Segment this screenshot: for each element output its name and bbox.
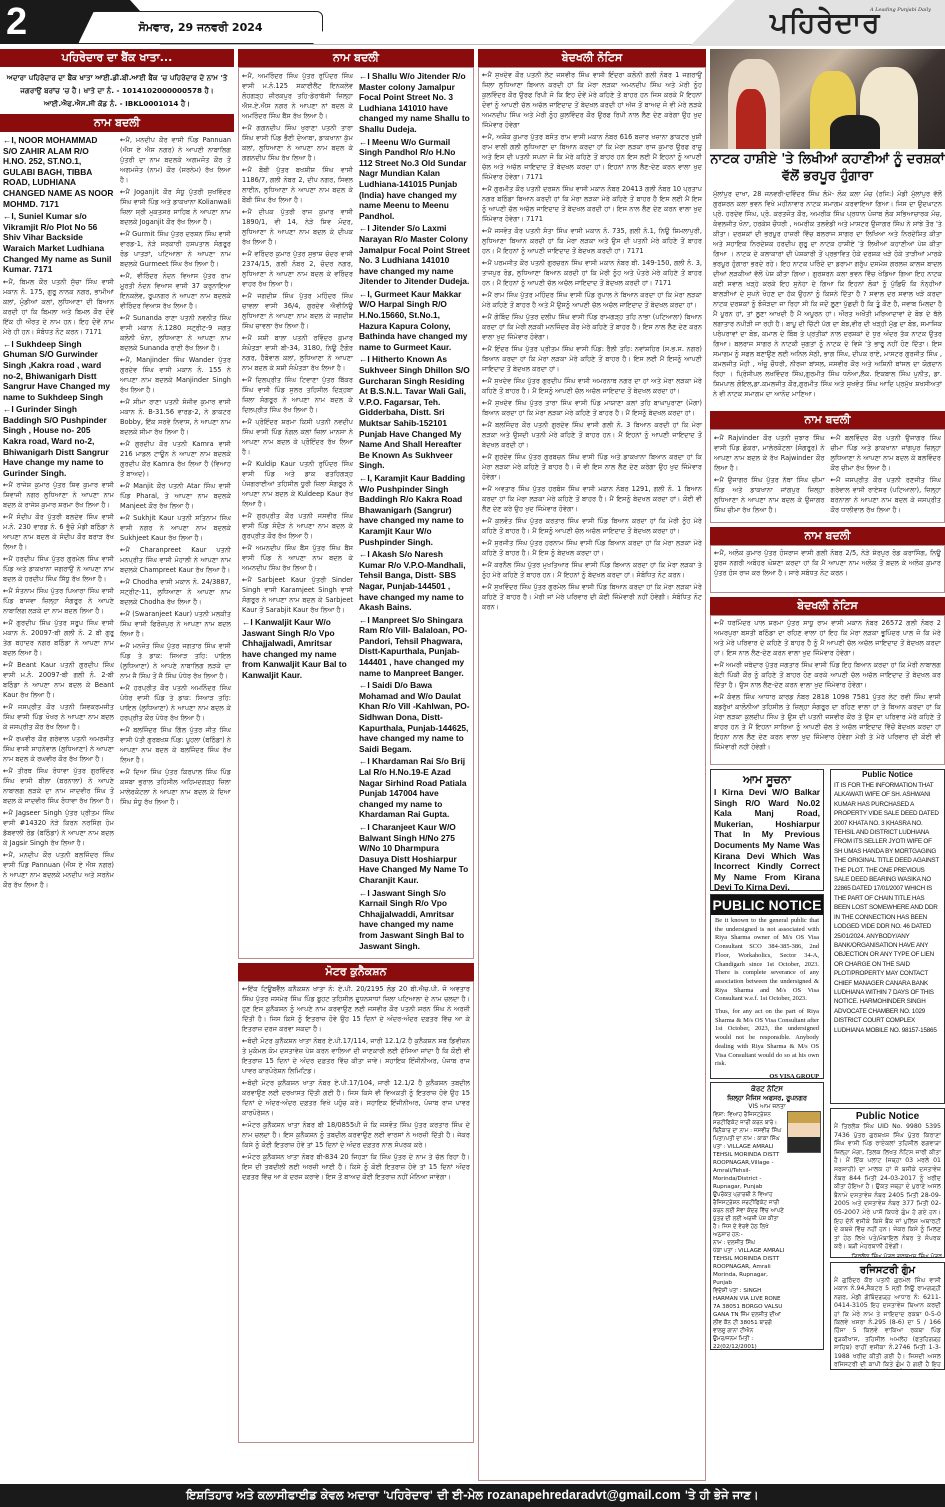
section-header-name-change: ਨਾਮ ਬਦਲੀ [0, 114, 234, 132]
eviction-notice-list-2: ਮੈਂ ਧਰਮਿੰਦਰ ਪਾਲ ਸ਼ਰਮਾ ਪੁੱਤਰ ਸਾਧੂ ਰਾਮ ਵਾਸ… [711, 616, 944, 756]
footer-text-end: 'ਤੇ ਹੀ ਭੇਜੇ ਜਾਣ। [685, 1488, 759, 1502]
name-change-notice: ਮੈਂ ਦਿਆ ਸਿੰਘ ਪੁੱਤਰ ਕਿਰਪਾਲ ਸਿੰਘ ਪਿੰਡ ਕਸਬਾ… [120, 767, 231, 807]
court-notice-field: ਪੱਕਾ ਪਤਾ : VILLAGE AMRALI TEHSIL MORINDA… [713, 1247, 785, 1287]
name-change-list: I, NOOR MOHAMMAD S/O ZAHIR ALAM R/O H.NO… [0, 132, 234, 1462]
name-change-notice: ਮੈਂ ਪ੍ਰੋਇੰਦਰ ਸ਼ਰਮਾ ਕਿਸੀ ਪਤਨੀ ਨਵਦੀਪ ਸਿੰਘ … [242, 417, 353, 457]
name-change-notice: ਮੈਂ ਬੌਬੀ ਪੁੱਤਰ ਬਖਸ਼ੀਸ਼ ਸਿੰਘ ਵਾਸੀ 1186/7,… [242, 165, 353, 205]
name-change-notice: ਮੈਂ ਦੀਪਕ ਪੁੱਤਰੀ ਰਾਜ ਕੁਮਾਰ ਵਾਸੀ 1890/1, ਵ… [242, 207, 353, 247]
name-change-notice: ਮੈਂ ਗੁਰਦੀਪ ਸਿੰਘ ਪੁੱਤਰ ਸਰੂਪ ਸਿੰਘ ਵਾਸੀ ਮਕਾ… [3, 618, 114, 658]
court-notice-field: ਪਤਾ : VILLAGE AMRALI TEHSIL MORINDA DIST… [713, 1143, 785, 1191]
eviction-notice: ਮੈਂ ਸੁਰਜੀਤ ਸਿੰਘ ਪੁੱਤਰ ਹਰਨਾਮ ਸਿੰਘ ਵਾਸੀ ਪਿ… [482, 538, 702, 558]
general-notice-title: ਆਮ ਸੂਚਨਾ [714, 773, 820, 787]
name-change-notice: ਮੈਂ Sukhjit Kaur ਪਤਨੀ ਸਤਿਨਾਮ ਸਿੰਘ ਵਾਸੀ ਨ… [120, 513, 231, 543]
name-change-notice: ਮੈਂ ਗੁਰਦੀਪ ਕੌਰ ਪਤਨੀ Kamra ਵਾਸੀ 216 ਮਾਡਲ … [120, 439, 231, 479]
eviction-notice: ਮੈਂ ਗੁਰਦੇਵ ਸਿੰਘ ਪੁੱਤਰ ਗੁਰਬਚਨ ਸਿੰਘ ਵਾਸੀ ਪ… [482, 452, 702, 482]
name-change-notice: ਮੈਂ ਉਜਾਗਰ ਸਿੰਘ ਪੁੱਤਰ ਨੱਥਾ ਸਿੰਘ ਚੀਮਾ ਪਿੰਡ… [714, 475, 825, 515]
court-notice-field: ਪਿਤਾ/ਪਤੀ ਦਾ ਨਾਮ : ਕਾਕਾ ਸਿੰਘ [713, 1135, 785, 1143]
name-change-notice: ਮੈਂ ਸ਼ਸ਼ੀ ਬਾਲਾ ਪਤਨੀ ਰਵਿੰਦਰ ਕੁਮਾਰ ਸੰਘੋਤੜਾ… [242, 333, 353, 373]
column-4: ਨਾਟਕ ਹਾਸ਼ੀਏ 'ਤੇ ਲਿਖੀਆਂ ਕਹਾਣੀਆਂ ਨੂੰ ਦਰਸ਼ਕ… [710, 49, 945, 1370]
eviction-notice: ਮੈਂ ਸੁਖਦੇਵ ਸਿੰਘ ਪੁੱਤਰ ਗੁਰਦੀਪ ਸਿੰਘ ਵਾਸੀ ਅ… [482, 376, 702, 396]
court-notice-title: ਕੋਰਟ ਨੋਟਿਸ [713, 1085, 821, 1094]
name-change-notice: ਮੈਂ ਸੰਦੀਪ ਕੌਰ ਪੁੱਤਰੀ ਬਲਦੇਵ ਸਿੰਘ ਵਾਸੀ ਮ.ਨ… [3, 512, 114, 552]
name-change-notice: ਮੈਂ ਜਸਪ੍ਰੀਤ ਕੌਰ ਪਤਨੀ ਸ਼ਿਵਕਰਮਜੀਤ ਸਿੰਘ ਵਾਸ… [3, 702, 114, 732]
court-notice-fields: ਵਿਸ਼ਾ: ਵਿਆਹ ਰੈਜਿਸਟ੍ਰੇਸ਼ਨ ਸਰਟੀਫਿਕੇਟ ਜਾਰੀ … [713, 1111, 785, 1350]
column-3: ਬੇਦਖਲੀ ਨੋਟਿਸ ਮੈਂ ਸੁਖਦੇਵ ਕੌਰ ਪਤਨੀ ਲੇਟ ਜਸਵ… [478, 49, 706, 1481]
section-header-bank: ਪਹਿਰੇਦਾਰ ਦਾ ਬੈਂਕ ਖਾਤਾ... [0, 49, 234, 67]
public-notice-uid-box: Public Notice ਮੈਂ ਤਿਰਲੋਕ ਸਿੰਘ UID No. 99… [830, 1108, 945, 1258]
name-change-notice: ਮੈਂ, ਅਲੋਕ ਕੁਮਾਰ ਪੁੱਤਰ ਹੰਸਰਾਜ ਵਾਸੀ ਗਲੀ ਨੰ… [711, 546, 944, 590]
motor-connection-notice: ਬੰਦੀ ਮੋਟਰ ਕੁਨੈਕਸ਼ਨ ਖਾਤਾ ਨੰਬਰ ਏ.ਪੀ.17/104… [242, 1078, 470, 1118]
signature-line: ਤਿਰਲੋਕ ਸਿੰਘ ਪੁੱਤਰ ਗੁਰਬਖਸ਼ ਸਿੰਘ ਪੁੱਤਰ [833, 1253, 942, 1258]
footer-banner: ਇਸ਼ਤਿਹਾਰ ਅਤੇ ਕਲਾਸੀਫਾਈਡ ਕੇਵਲ ਅਦਾਰਾ 'ਪਹਿਰੇ… [0, 1484, 945, 1507]
article-photo [710, 49, 945, 149]
name-change-notice: ਮੈਂ, ਮਨਦੀਪ ਕੌਰ ਪਤਨੀ ਬਲਜਿੰਦਰ ਸਿੰਘ ਵਾਸੀ ਪਿ… [3, 850, 114, 890]
issue-date: ਸੋਮਵਾਰ, 29 ਜਨਵਰੀ 2024 [138, 21, 262, 35]
name-change-notice: ਮੈਂ, ਅਮਰਿੰਦਰ ਸਿੰਘ ਪੁੱਤਰ ਰੁਪਿੰਦਰ ਸਿੰਘ ਵਾਸ… [242, 71, 353, 121]
name-change-notice: ਮੈਂ ਜਸਪ੍ਰੀਤ ਕੌਰ ਪਤਨੀ ਰਣਜੀਤ ਸਿੰਘ ਗਰੇਵਾਲ ਵ… [831, 475, 942, 515]
name-change-notice: I Akash S/o Naresh Kumar R/o V.P.O-Mandh… [359, 549, 470, 613]
section-header-motor-connection: ਮੋਟਰ ਕੁਨੈਕਸ਼ਨ [238, 963, 474, 981]
name-change-notice: ਮੈਂ ਬਲਜਿੰਦਰ ਸਿੰਘ ਗਿੱਲ ਪੁੱਤਰ ਜੀਤ ਸਿੰਘ ਵਾਸ… [120, 725, 231, 765]
page-number: 2 [6, 2, 27, 42]
eviction-notice: ਮੈਂ ਸੁਖਵਿੰਦਰ ਸਿੰਘ ਪੁੱਤਰ ਗੁਰਮੇਲ ਸਿੰਘ ਵਾਸੀ… [482, 582, 702, 612]
name-change-notice: ਮੈਂ Rajvinder ਕੌਰ ਪਤਨੀ ਜੁਝਾਰ ਸਿੰਘ ਵਾਸੀ ਪ… [714, 433, 825, 473]
eviction-notice: ਮੈਂ ਕਰਨੈਲ ਸਿੰਘ ਪੁੱਤਰ ਮੁਖਤਿਆਰ ਸਿੰਘ ਵਾਸੀ ਪ… [482, 560, 702, 580]
article-body: ਮੁੱਲਾਂਪੁਰ ਦਾਖਾ, 28 ਜਨਵਰੀ-ਦਵਿੰਦਰ ਸਿੰਘ ਲੰਮ… [710, 187, 945, 405]
court-notice-field: ਉਪਰੋਕਤ ਪ੍ਰਾਰਥੀ ਨੇ ਵਿਆਹ ਰੈਜਿਸਟ੍ਰੇਸ਼ਨ ਸਰਟੀ… [713, 1191, 785, 1239]
name-change-notice: ਮੈਂ ਬਲਵਿੰਦਰ ਕੌਰ ਪਤਨੀ ਉਜਾਗਰ ਸਿੰਘ ਚੀਮਾ ਪਿੰ… [831, 433, 942, 473]
name-change-notice: ਮੈਂ (Swaranjeet Kaur) ਪਤਨੀ ਮਲਕੀਤ ਸਿੰਘ ਵਾ… [120, 609, 231, 639]
name-change-notice: I, Karamjit Kaur Badding W/o Pushpinder … [359, 473, 470, 547]
section-header-name-change-2: ਨਾਮ ਬਦਲੀ [238, 49, 474, 67]
name-change-notice: ਮੈਂ ਰਾਜੇਸ਼ ਕੁਮਾਰ ਪੁੱਤਰ ਸ਼ਿਵ ਕੁਮਾਰ ਵਾਸੀ ਸ… [3, 480, 114, 510]
eviction-notice: ਮੈਂ ਅਮਰੀ ਜਥੇਦਾਰ ਪੁੱਤਰ ਜਗਤਾਰ ਸਿੰਘ ਵਾਸੀ ਪਿ… [714, 660, 941, 690]
name-change-notice: ਮੈਂ Sunanda ਰਾਣਾ ਪਤਨੀ ਨਵਨੀਤ ਸਿੰਘ ਵਾਸੀ ਮਕ… [120, 313, 231, 353]
name-change-notice: I Kanwaljit Kaur W/o Jaswant Singh R/o V… [242, 617, 353, 681]
eviction-notice: ਮੈਂ ਇੰਦਰ ਸਿੰਘ ਪੁੱਤਰ ਪ੍ਰੀਤਮ ਸਿੰਘ ਵਾਸੀ ਪਿੰ… [482, 344, 702, 374]
public-notice-box: PUBLIC NOTICE Be it known to the general… [710, 894, 824, 1079]
court-notice-field: ਬਿਨੈਕਾਰ ਦਾ ਨਾਮ : ਜਸਵੀਰ ਸਿੰਘ [713, 1127, 785, 1135]
registry-lost-text: ਮੈਂ ਗੁਰਿੰਦਰ ਕੌਰ ਪਤਨੀ ਗੁਰਮੇਲ ਸਿੰਘ ਵਾਸੀ ਮਕ… [833, 1276, 942, 1370]
name-change-notice: I Khardaman Rai S/o Brij Lal R/o H.No.19… [359, 756, 470, 820]
public-notice-uid-signature: ਤਿਰਲੋਕ ਸਿੰਘ ਪੁੱਤਰ ਗੁਰਬਖਸ਼ ਸਿੰਘ ਪੁੱਤਰਕਿਰਾ… [833, 1253, 942, 1258]
name-change-notice: ਮੈਂ ਰਘਵੀਰ ਕੌਰ ਗਰੇਵਾਲ ਪਤਨੀ ਅਮਰਜੀਤ ਸਿੰਘ ਵਾ… [3, 734, 114, 764]
name-change-notice: ਮੈਂ ਸੰਤਨਾਮ ਸਿੰਘ ਪੁੱਤਰ ਪਿਆਰਾ ਸਿੰਘ ਵਾਸੀ ਪਿ… [3, 586, 114, 616]
column-1: ਪਹਿਰੇਦਾਰ ਦਾ ਬੈਂਕ ਖਾਤਾ... ਅਦਾਰਾ ਪਹਿਰੇਦਾਰ … [0, 49, 234, 1462]
eviction-notice: ਮੈਂ ਗੋਬਿੰਦ ਸਿੰਘ ਪੁੱਤਰ ਦਲੀਪ ਸਿੰਘ ਵਾਸੀ ਪਿੰ… [482, 312, 702, 342]
registry-lost-box: ਰਜਿਸਟਰੀ ਗੁੰਮ ਮੈਂ ਗੁਰਿੰਦਰ ਕੌਰ ਪਤਨੀ ਗੁਰਮੇਲ… [830, 1262, 945, 1370]
motor-connection-notice: ਇੱਕ ਟਿਊਬਵੈੱਲ ਕਨੈਕਸ਼ਨ ਖਾਤਾ ਨੰ: ਏ.ਪੀ. 20/2… [242, 984, 470, 1034]
name-change-notice: ਮੈਂ Joganjit ਕੌਰ ਸੰਧੂ ਪੁੱਤਰੀ ਸੁਖਵਿੰਦਰ ਸਿ… [120, 187, 231, 227]
column-2: ਨਾਮ ਬਦਲੀ ਮੈਂ, ਅਮਰਿੰਦਰ ਸਿੰਘ ਪੁੱਤਰ ਰੁਪਿੰਦਰ… [238, 49, 474, 1443]
name-change-notice: ਮੈਂ ਗੁਰਪ੍ਰੀਤ ਕੌਰ ਪਤਨੀ ਜਸਵੀਰ ਸਿੰਘ ਵਾਸੀ ਪਿ… [242, 511, 353, 541]
public-notice-title: PUBLIC NOTICE [711, 895, 823, 915]
masthead-divider [160, 44, 740, 45]
name-change-notice: ਮੈਂ ਹਰਦੀਪ ਸਿੰਘ ਪੁੱਤਰ ਗੁਰਮੇਲ ਸਿੰਘ ਵਾਸੀ ਪਿ… [3, 554, 114, 584]
general-notice-text: I Kirna Devi W/O Balkar Singh R/O Ward N… [714, 787, 820, 891]
eviction-notice-list: ਮੈਂ ਸੁਖਦੇਵ ਕੌਰ ਪਤਨੀ ਲੇਟ ਜਸਵੀਰ ਸਿੰਘ ਵਾਸੀ … [479, 68, 705, 616]
court-notice-field: ਵਿਸ਼ਾ: ਵਿਆਹ ਰੈਜਿਸਟ੍ਰੇਸ਼ਨ ਸਰਟੀਫਿਕੇਟ ਜਾਰੀ … [713, 1111, 785, 1127]
name-change-notice: ਮੈਂ Kuldip Kaur ਪਤਨੀ ਰੁਪਿੰਦਰ ਸਿੰਘ ਵਾਸੀ ਪ… [242, 459, 353, 509]
name-change-notice: ਮੈਂ ਵਰਿੰਦਰ ਕੁਮਾਰ ਪੁੱਤਰ ਸੁਭਾਸ਼ ਚੰਦਰ ਵਾਸੀ … [242, 249, 353, 289]
eviction-notice: ਮੈਂ ਕੁਲਵੰਤ ਸਿੰਘ ਪੁੱਤਰ ਕਰਤਾਰ ਸਿੰਘ ਵਾਸੀ ਪਿ… [482, 516, 702, 536]
name-change-notice: ਮੈਂ ਦਿਲਪ੍ਰੀਤ ਸਿੰਘ ਟਿਵਾਣਾ ਪੁੱਤਰ ਬਿੱਕਰ ਸਿੰ… [242, 375, 353, 415]
name-change-left-column: I, NOOR MOHAMMAD S/O ZAHIR ALAM R/O H.NO… [3, 135, 114, 1459]
eviction-notice: ਮੈਂ ਅਵਤਾਰ ਸਿੰਘ ਪੁੱਤਰ ਹਰਬੰਸ ਸਿੰਘ ਵਾਸੀ ਮਕਾ… [482, 484, 702, 514]
name-change-right-column: ਮੈਂ ਬਲਵਿੰਦਰ ਕੌਰ ਪਤਨੀ ਉਜਾਗਰ ਸਿੰਘ ਚੀਮਾ ਪਿੰ… [831, 433, 942, 519]
public-notice-caps-text: IT IS FOR THE INFORMATION THAT ALKAWATI … [831, 779, 944, 1037]
eviction-notice: ਮੈਂ ਗੁਰਮੀਤ ਕੌਰ ਪਤਨੀ ਦਰਸ਼ਨ ਸਿੰਘ ਵਾਸੀ ਮਕਾਨ… [482, 184, 702, 224]
court-notice-vis: VIS ਆਮ ਜਨਤਾ [713, 1103, 821, 1111]
public-notice-uid-text: ਮੈਂ ਤਿਰਲੋਕ ਸਿੰਘ UID No. 9980 5395 7436 ਪ… [833, 1122, 942, 1253]
court-notice-subtitle: ਜ਼ਿਲ੍ਹਾ ਮੈਜਿਸ ਅਫਸਰ, ਰੂਪਨਗਰ [713, 1094, 821, 1103]
name-change-notice: I Gurinder Singh Baddingh S/O Pushpinder… [3, 404, 114, 478]
name-change-notice: I Hitherto Known As Sukhveer Singh Dhill… [359, 354, 470, 471]
name-change-notice: ਮੈਂ ਮਨਜੋਤ ਸਿੰਘ ਪੁੱਤਰ ਜਗਤਾਰ ਸਿੰਘ ਵਾਸੀ ਪਿੰ… [120, 641, 231, 681]
eviction-notice: ਮੈਂ ਧਰਮਿੰਦਰ ਪਾਲ ਸ਼ਰਮਾ ਪੁੱਤਰ ਸਾਧੂ ਰਾਮ ਵਾਸ… [714, 618, 941, 658]
name-change-left-column: ਮੈਂ, ਅਮਰਿੰਦਰ ਸਿੰਘ ਪੁੱਤਰ ਰੁਪਿੰਦਰ ਸਿੰਘ ਵਾਸ… [242, 71, 353, 955]
date-banner: ਸੋਮਵਾਰ, 29 ਜਨਵਰੀ 2024 [78, 11, 323, 44]
name-change-list-2: ਮੈਂ, ਅਮਰਿੰਦਰ ਸਿੰਘ ਪੁੱਤਰ ਰੁਪਿੰਦਰ ਸਿੰਘ ਵਾਸ… [239, 68, 473, 958]
name-change-notice: ਮੈਂ, ਬਿਮਲ ਕੌਰ ਪਤਨੀ ਸੁੱਚਾ ਸਿੰਘ ਵਾਸੀ ਮਕਾਨ … [3, 277, 114, 337]
name-change-notice: ਮੈਂ Manjit ਕੌਰ ਪਤਨੀ Atar ਸਿੰਘ ਵਾਸੀ ਪਿੰਡ … [120, 481, 231, 511]
name-change-right-column: I Shallu W/o Jitender R/o Master colony … [359, 71, 470, 955]
article-headline: ਨਾਟਕ ਹਾਸ਼ੀਏ 'ਤੇ ਲਿਖੀਆਂ ਕਹਾਣੀਆਂ ਨੂੰ ਦਰਸ਼ਕ… [710, 149, 945, 187]
name-change-notice: I Jaswant Singh S/o Karnail Singh R/o Vp… [359, 888, 470, 952]
name-change-notice: I Charanjeet Kaur W/O Balwant Singh H/No… [359, 822, 470, 886]
section-header-eviction-2: ਬੇਦਖਲੀ ਨੋਟਿਸ [710, 597, 945, 615]
court-notice-field: ਵਿਦੇਸ਼ੀ ਪਤਾ : SINGH HARMAN VIA LIVE RONE… [713, 1287, 785, 1335]
name-change-notice: ਮੈਂ ਅਮਨਦੀਪ ਸਿੰਘ ਬੈਂਸ ਪੁੱਤਰ ਸਿੰਘ ਬੈਂਸ ਵਾਸ… [242, 543, 353, 573]
name-change-notice: ਮੈਂ ਹਰਪ੍ਰੀਤ ਕੌਰ ਪਤਨੀ ਅਮਨਿੰਦਰ ਸਿੰਘ ਪੰਧੇਰ … [120, 683, 231, 723]
name-change-notice: ਮੈਂ ਸੀਮਾ ਰਾਣਾ ਪਤਨੀ ਸੰਜੀਵ ਕੁਮਾਰ ਵਾਸੀ ਮਕਾਨ… [120, 397, 231, 437]
eviction-notice: ਮੈਂ ਰਾਮ ਸਿੰਘ ਪੁੱਤਰ ਮਹਿੰਦਰ ਸਿੰਘ ਵਾਸੀ ਪਿੰਡ… [482, 290, 702, 310]
name-change-notice: I, NOOR MOHAMMAD S/O ZAHIR ALAM R/O H.NO… [3, 135, 114, 209]
bank-account-info: ਅਦਾਰਾ ਪਹਿਰੇਦਾਰ ਦਾ ਬੈਂਕ ਖਾਤਾ ਆਈ.ਡੀ.ਬੀ.ਆਈ … [0, 67, 234, 114]
public-notice-body-2: Thus, for any act on the part of Riya Sh… [711, 1006, 823, 1071]
name-change-notice: I, Gurmeet Kaur Makkar W/O Harpal Singh … [359, 289, 470, 353]
eviction-notice: ਮੈਂ ਪਰਮਜੀਤ ਕੌਰ ਪਤਨੀ ਗੁਰਚਰਨ ਸਿੰਘ ਵਾਸੀ ਮਕਾ… [482, 258, 702, 288]
court-notice-field: ਉਮਰ/ਜਨਮ ਮਿਤੀ : 22(02/12/2001) [713, 1335, 785, 1350]
masthead: 2 ਸੋਮਵਾਰ, 29 ਜਨਵਰੀ 2024 ਪਹਿਰੇਦਾਰ A Leadi… [0, 0, 945, 48]
court-notice-box: ਕੋਰਟ ਨੋਟਿਸ ਜ਼ਿਲ੍ਹਾ ਮੈਜਿਸ ਅਫਸਰ, ਰੂਪਨਗਰ VI… [710, 1082, 824, 1350]
general-notice-box: ਆਮ ਸੂਚਨਾ I Kirna Devi W/O Balkar Singh R… [710, 769, 824, 891]
eviction-notice: ਮੈਂ ਜਸਵੰਤ ਕੌਰ ਪਤਨੀ ਸੰਤਾ ਸਿੰਘ ਵਾਸੀ ਮਕਾਨ ਨ… [482, 226, 702, 256]
name-change-notice: ਮੈਂ Jagseer Singh ਪੁੱਤਰ ਪ੍ਰੀਤਮ ਸਿੰਘ ਵਾਸੀ… [3, 808, 114, 848]
footer-text: ਇਸ਼ਤਿਹਾਰ ਅਤੇ ਕਲਾਸੀਫਾਈਡ ਕੇਵਲ ਅਦਾਰਾ 'ਪਹਿਰੇ… [186, 1488, 483, 1502]
name-change-notice: I, Suniel Kumar s/o Vikramjit R/o Plot N… [3, 211, 114, 275]
name-change-notice: ਮੈਂ ਜਗਦੀਸ਼ ਸਿੰਘ ਪੁੱਤਰ ਮਹਿੰਦਰ ਸਿੰਘ ਚਾਵਲਾ … [242, 291, 353, 331]
name-change-notice: I Jitender S/o Laxmi Narayan R/o Master … [359, 223, 470, 287]
eviction-notice: ਮੈਂ ਬਲਜਿੰਦਰ ਕੌਰ ਪਤਨੀ ਗੁਰਦੇਵ ਸਿੰਘ ਵਾਸੀ ਗਲ… [482, 420, 702, 450]
name-change-notice: ਮੈਂ Chodha ਵਾਸੀ ਮਕਾਨ ਨੰ. 24/3887, ਸਟ੍ਰੀਟ… [120, 577, 231, 607]
applicant-photo [787, 1111, 821, 1153]
section-header-name-change-3: ਨਾਮ ਬਦਲੀ [710, 411, 945, 429]
name-change-notice: ਮੈਂ Charanpreet Kaur ਪਤਨੀ ਮਨਪ੍ਰੀਤ ਸਿੰਘ ਵ… [120, 545, 231, 575]
motor-connection-list: ਇੱਕ ਟਿਊਬਵੈੱਲ ਕਨੈਕਸ਼ਨ ਖਾਤਾ ਨੰ: ਏ.ਪੀ. 20/2… [239, 982, 473, 1186]
section-header-eviction: ਬੇਦਖਲੀ ਨੋਟਿਸ [478, 49, 706, 67]
name-change-notice: ਮੈਂ ਤੀਰਥ ਸਿੰਘ ਰੰਧਾਵਾ ਪੁੱਤਰ ਗੁਰਵਿੰਦਰ ਸਿੰਘ… [3, 766, 114, 806]
name-change-notice: I Saidi D/o Bawa Mohamad and W/o Daulat … [359, 680, 470, 754]
motor-connection-notice: ਮੋਟਰ ਕੁਨੈਕਸ਼ਨ ਖਾਤਾ ਨੰਬਰ ਬੀ-834 20 ਜਿਹੜਾ … [242, 1152, 470, 1182]
tagline: A Leading Punjabi Daily [870, 7, 931, 13]
public-notice-body: Be it known to the general public that t… [711, 915, 823, 1006]
motor-connection-notice: ਬੰਦੀ ਮੋਟਰ ਕੁਨੈਕਸ਼ਨ ਖਾਤਾ ਨੰਬਰ ਏ.ਪੀ.17/114… [242, 1036, 470, 1076]
public-notice-uid-title: Public Notice [833, 1111, 942, 1122]
name-change-notice: ਮੈਂ, Manjinder ਸਿੰਘ Wander ਪੁੱਤਰ ਗੁਰਦੇਵ … [120, 355, 231, 395]
footer-email-link[interactable]: rozanapehredaradvt@gmail.com [487, 1488, 681, 1502]
public-notice-caps-box: Public Notice IT IS FOR THE INFORMATION … [830, 769, 945, 1104]
motor-connection-notice: ਮੋਟਰ ਕੁਨੈਕਸ਼ਨ ਖਾਤਾ ਨੰਬਰ ਬੀ 18/0855ਪੀ ਜੋ … [242, 1120, 470, 1150]
eviction-notice: ਮੈਂ, ਅਸ਼ੋਕ ਕੁਮਾਰ ਪੁੱਤਰ ਬਸੰਤ ਰਾਮ ਵਾਸੀ ਮਕਾ… [482, 132, 702, 182]
name-change-notice: ਮੈਂ, ਵੀਰਿੰਦਰ ਨੰਦਨ ਵਿਆਸ ਪੁੱਤਰ ਰਾਮ ਮੂਰਤੀ ਨ… [120, 271, 231, 311]
name-change-left-column: ਮੈਂ Rajvinder ਕੌਰ ਪਤਨੀ ਜੁਝਾਰ ਸਿੰਘ ਵਾਸੀ ਪ… [714, 433, 825, 519]
name-change-notice: ਮੈਂ Sarbjeet Kaur ਪੁੱਤਰੀ Sinder Singh ਵਾ… [242, 575, 353, 615]
name-change-notice: ਮੈਂ ਗਗਨਦੀਪ ਸਿੰਘ ਖੁਰਾਣਾ ਪਤਨੀ ਤਾਰਾ ਸਿੰਘ ਵਾ… [242, 123, 353, 163]
section-header-name-change-4: ਨਾਮ ਬਦਲੀ [710, 527, 945, 545]
public-notice-caps-title: Public Notice [831, 770, 944, 779]
eviction-notice: ਮੈਂ ਸੁਖਦੇਵ ਕੌਰ ਪਤਨੀ ਲੇਟ ਜਸਵੀਰ ਸਿੰਘ ਵਾਸੀ … [482, 70, 702, 130]
eviction-notice: ਮੈਂ ਕੰਵਲ ਸਿੰਘ ਆਧਾਰ ਕਾਰਡ ਨੰਬਰ 2818 1098 7… [714, 692, 941, 752]
newspaper-logo: ਪਹਿਰੇਦਾਰ [770, 6, 881, 40]
name-change-notice: ਮੈਂ, ਮਨਦੀਪ ਕੌਰ ਵਾਸੀ ਪਿੰਡ Pannuan (ਐਸ ਏ ਐ… [120, 135, 231, 185]
name-change-notice: ਮੈਂ Gurmit ਸਿੰਘ ਪੁੱਤਰ ਦਰਸ਼ਨ ਸਿੰਘ ਵਾਸੀ ਵਾ… [120, 229, 231, 269]
name-change-notice: I Meenu W/o Gurmail Singh Pandhol R/o H.… [359, 137, 470, 222]
eviction-notice: ਮੈਂ ਸੁਖਦੇਵ ਸਿੰਘ ਪੁੱਤਰ ਤਾਰਾ ਸਿੰਘ ਵਾਸੀ ਪਿੰ… [482, 398, 702, 418]
public-notice-signatory: OS VISA GROUP [711, 1071, 823, 1079]
name-change-notice: ਮੈਂ Beant Kaur ਪਤਨੀ ਗੁਰਦੀਪ ਸਿੰਘ ਵਾਸੀ ਮ.ਨ… [3, 660, 114, 700]
name-change-right-column: ਮੈਂ, ਮਨਦੀਪ ਕੌਰ ਵਾਸੀ ਪਿੰਡ Pannuan (ਐਸ ਏ ਐ… [120, 135, 231, 1459]
name-change-notice: I Manpreet S/o Shingara Ram R/o Vill- Ba… [359, 615, 470, 679]
registry-lost-title: ਰਜਿਸਟਰੀ ਗੁੰਮ [833, 1265, 942, 1276]
name-change-notice: I Shallu W/o Jitender R/o Master colony … [359, 71, 470, 135]
name-change-notice: I Sukhdeep Singh Ghuman S/O Gurwinder Si… [3, 339, 114, 403]
court-notice-field: ਨਾਮ : ਦਲਜੀਤ ਸਿੰਘ [713, 1239, 785, 1247]
